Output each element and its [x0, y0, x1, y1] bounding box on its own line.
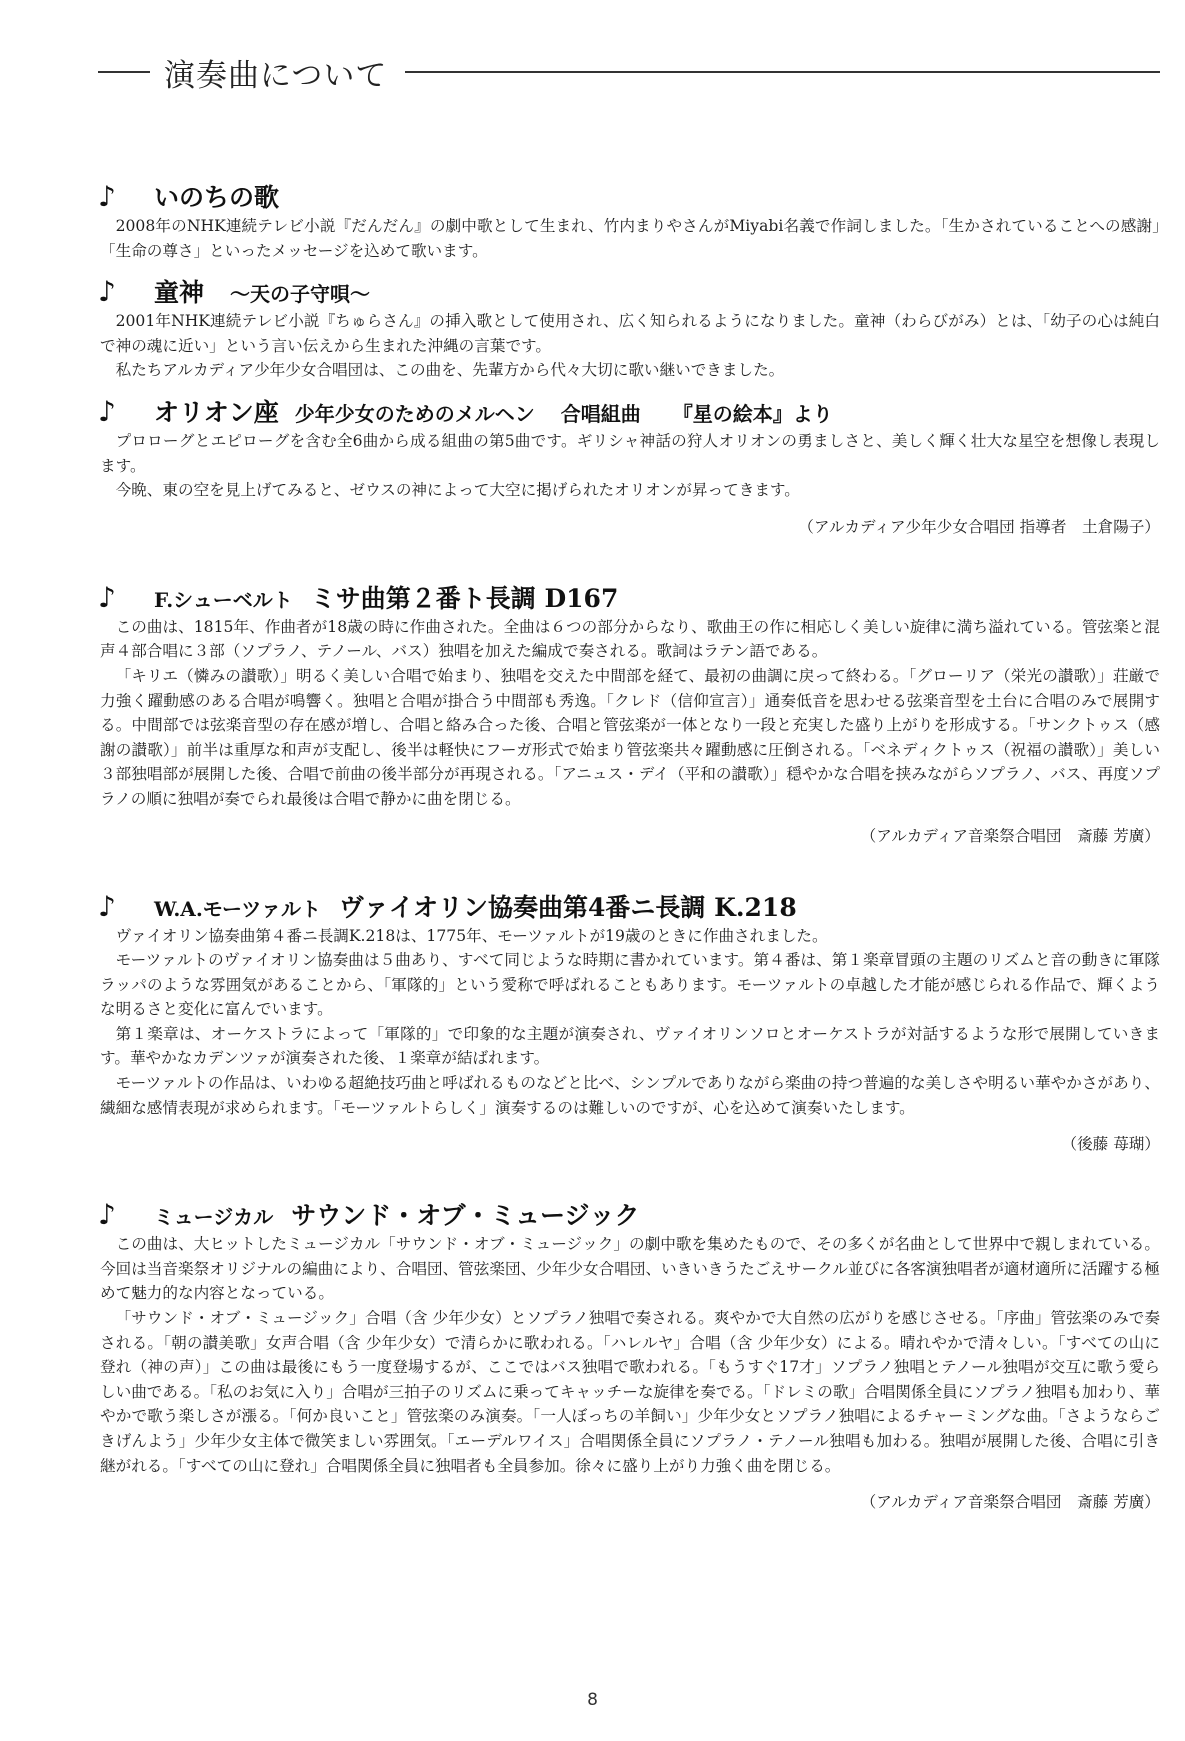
piece-composer: F.シューベルト [154, 584, 293, 613]
page-number: 8 [0, 1690, 1185, 1710]
piece-description: プロローグとエピローグを含む全6曲から成る組曲の第5曲です。ギリシャ神話の狩人オ… [98, 429, 1160, 478]
piece-description: 2008年のNHK連続テレビ小説『だんだん』の劇中歌として生まれ、竹内まりやさん… [98, 214, 1160, 263]
piece-heading: ♪ W.A.モーツァルト ヴァイオリン協奏曲第4番ニ長調 K.218 [98, 888, 1160, 924]
piece-sound-of-music: ♪ ミュージカル サウンド・オブ・ミュージック この曲は、大ヒットしたミュージカ… [98, 1196, 1160, 1514]
music-note-icon: ♪ [98, 1198, 138, 1231]
piece-subtitle: 少年少女のためのメルヘン [295, 398, 535, 427]
music-note-icon: ♪ [98, 581, 138, 614]
piece-heading: ♪ オリオン座 少年少女のためのメルヘン 合唱組曲 『星の絵本』より [98, 393, 1160, 429]
piece-credit: （アルカディア音楽祭合唱団 斎藤 芳廣） [98, 1490, 1160, 1514]
piece-title: ミサ曲第２番ト長調 D167 [311, 579, 619, 615]
piece-title: 童神 [154, 273, 204, 309]
piece-heading: ♪ ミュージカル サウンド・オブ・ミュージック [98, 1196, 1160, 1232]
music-note-icon: ♪ [98, 180, 138, 213]
piece-description: 2001年NHK連続テレビ小説『ちゅらさん』の挿入歌として使用され、広く知られる… [98, 309, 1160, 358]
piece-description: 第１楽章は、オーケストラによって「軍隊的」で印象的な主題が演奏され、ヴァイオリン… [98, 1022, 1160, 1071]
piece-title: ヴァイオリン協奏曲第4番ニ長調 K.218 [339, 888, 797, 924]
piece-schubert-mass: ♪ F.シューベルト ミサ曲第２番ト長調 D167 この曲は、1815年、作曲者… [98, 579, 1160, 848]
piece-credit: （後藤 苺瑚） [98, 1132, 1160, 1156]
piece-description: モーツァルトの作品は、いわゆる超絶技巧曲と呼ばれるものなどと比べ、シンプルであり… [98, 1071, 1160, 1120]
piece-heading: ♪ いのちの歌 [98, 178, 1160, 214]
piece-genre: ミュージカル [154, 1201, 273, 1230]
section-header: 演奏曲について [98, 52, 1160, 92]
section-title: 演奏曲について [164, 50, 387, 95]
piece-heading: ♪ 童神 ～天の子守唄～ [98, 273, 1160, 309]
piece-description: 「サウンド・オブ・ミュージック」合唱（含 少年少女）とソプラノ独唱で奏される。爽… [98, 1306, 1160, 1478]
music-note-icon: ♪ [98, 395, 138, 428]
piece-description: 今晩、東の空を見上げてみると、ゼウスの神によって大空に掲げられたオリオンが昇って… [98, 478, 1160, 503]
piece-heading: ♪ F.シューベルト ミサ曲第２番ト長調 D167 [98, 579, 1160, 615]
piece-description: この曲は、1815年、作曲者が18歳の時に作曲された。全曲は６つの部分からなり、… [98, 615, 1160, 664]
piece-inochi-no-uta: ♪ いのちの歌 2008年のNHK連続テレビ小説『だんだん』の劇中歌として生まれ… [98, 178, 1160, 263]
piece-description: 「キリエ（憐みの讃歌）」明るく美しい合唱で始まり、独唱を交えた中間部を経て、最初… [98, 664, 1160, 812]
piece-subtitle: ～天の子守唄～ [230, 278, 370, 307]
piece-description: 私たちアルカディア少年少女合唱団は、この曲を、先輩方から代々大切に歌い継いできま… [98, 358, 1160, 383]
piece-subtitle-suite: 合唱組曲 [561, 398, 641, 427]
piece-description: ヴァイオリン協奏曲第４番ニ長調K.218は、1775年、モーツァルトが19歳のと… [98, 924, 1160, 949]
piece-description: この曲は、大ヒットしたミュージカル「サウンド・オブ・ミュージック」の劇中歌を集め… [98, 1232, 1160, 1306]
header-rule-left [98, 71, 150, 73]
piece-warabigami: ♪ 童神 ～天の子守唄～ 2001年NHK連続テレビ小説『ちゅらさん』の挿入歌と… [98, 273, 1160, 383]
piece-title: オリオン座 [154, 393, 279, 429]
program-notes: ♪ いのちの歌 2008年のNHK連続テレビ小説『だんだん』の劇中歌として生まれ… [98, 178, 1160, 1514]
piece-subtitle-source: 『星の絵本』より [673, 398, 833, 427]
piece-credit: （アルカディア音楽祭合唱団 斎藤 芳廣） [98, 824, 1160, 848]
piece-composer: W.A.モーツァルト [154, 893, 321, 922]
music-note-icon: ♪ [98, 275, 138, 308]
music-note-icon: ♪ [98, 890, 138, 923]
piece-title: サウンド・オブ・ミュージック [291, 1196, 639, 1232]
piece-title: いのちの歌 [154, 178, 279, 214]
piece-credit: （アルカディア少年少女合唱団 指導者 土倉陽子） [98, 515, 1160, 539]
piece-description: モーツァルトのヴァイオリン協奏曲は５曲あり、すべて同じような時期に書かれています… [98, 948, 1160, 1022]
piece-mozart-violin-concerto: ♪ W.A.モーツァルト ヴァイオリン協奏曲第4番ニ長調 K.218 ヴァイオリ… [98, 888, 1160, 1157]
piece-orion: ♪ オリオン座 少年少女のためのメルヘン 合唱組曲 『星の絵本』より プロローグ… [98, 393, 1160, 539]
header-rule-right [405, 71, 1160, 73]
